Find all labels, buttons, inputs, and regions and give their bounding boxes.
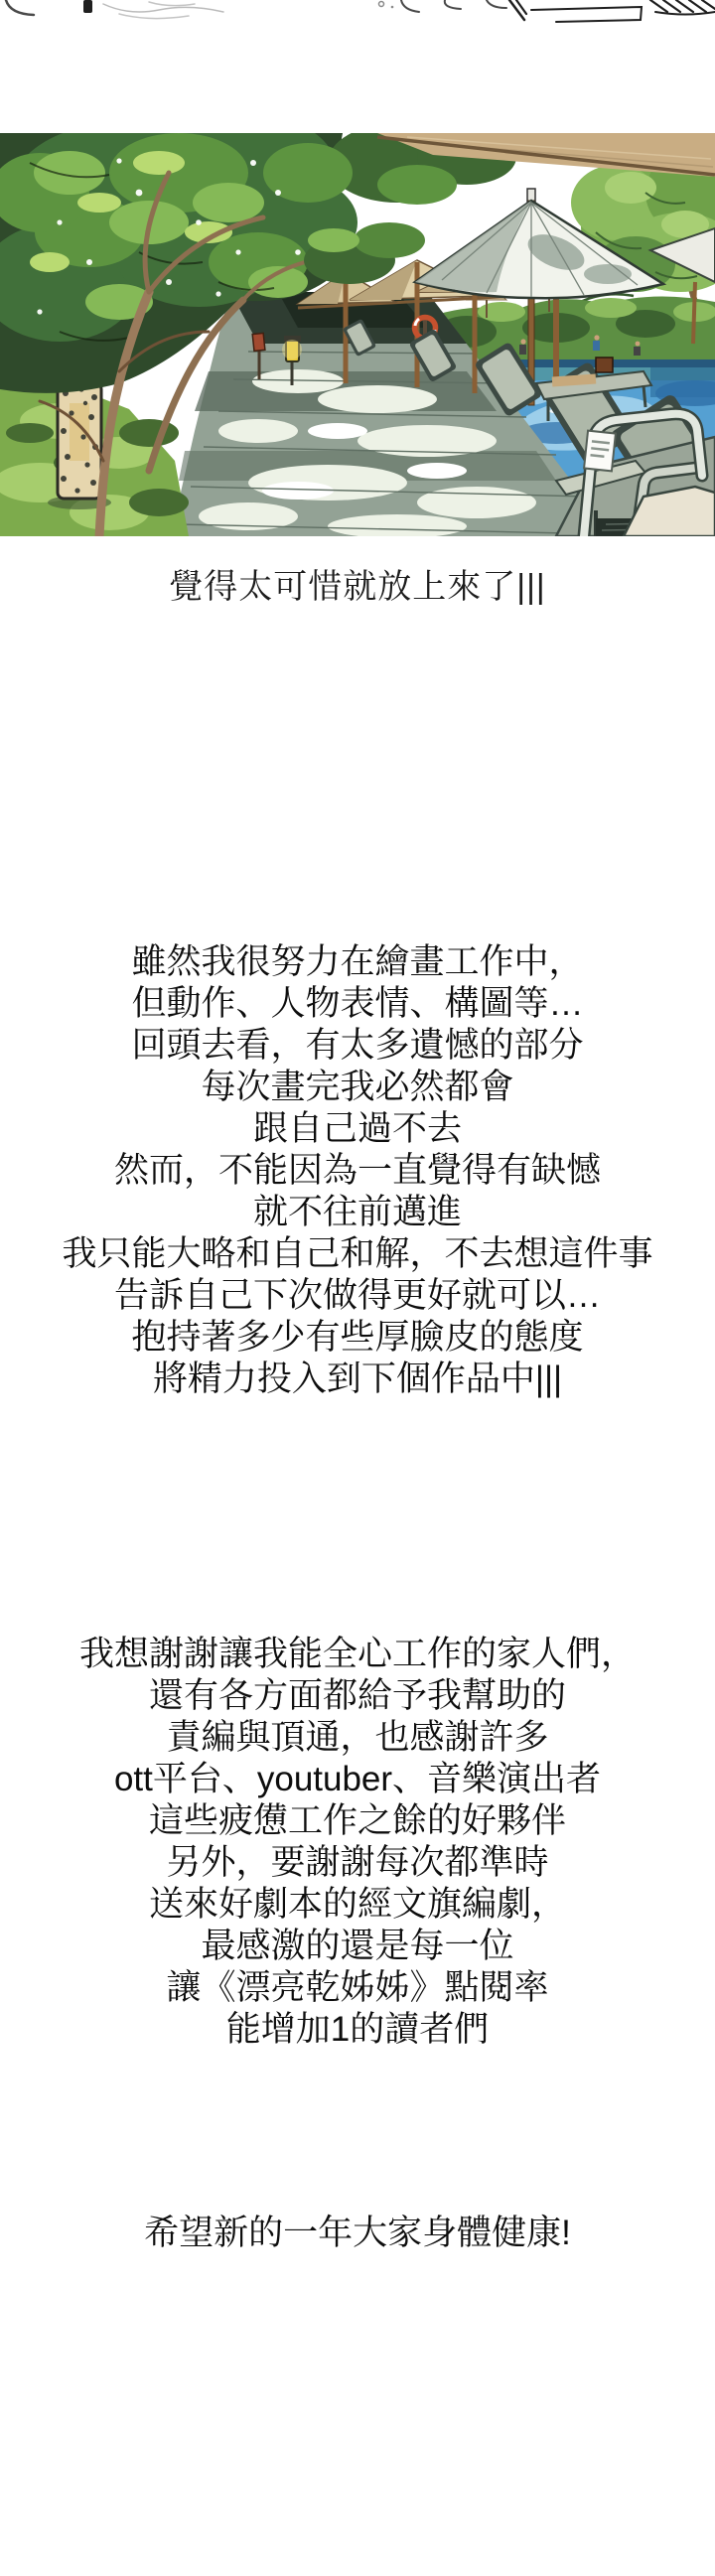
- paragraph-line: 我只能大略和自己和解，不去想這件事: [0, 1233, 715, 1275]
- paragraph-line: 讓《漂亮乾姊姊》點閱率: [0, 1967, 715, 2009]
- paragraph-line: 這些疲憊工作之餘的好夥伴: [0, 1800, 715, 1842]
- paragraph-line: 將精力投入到下個作品中|||: [0, 1359, 715, 1400]
- handrail-sign: [584, 431, 616, 472]
- paragraph-line: 回頭去看，有太多遺憾的部分: [0, 1025, 715, 1067]
- paragraph-line: 能增加1的讀者們: [0, 2009, 715, 2051]
- paragraph-line: 每次畫完我必然都會: [0, 1067, 715, 1108]
- closing-line: 希望新的一年大家身體健康!: [0, 2213, 715, 2254]
- paragraph-line: 送來好劇本的經文旗編劇，: [0, 1884, 715, 1926]
- paragraph-line: 責編與頂通，也感謝許多: [0, 1717, 715, 1759]
- paragraph-line: 跟自己過不去: [0, 1108, 715, 1150]
- afterword-paragraph-2: 我想謝謝讓我能全心工作的家人們， 還有各方面都給予我幫助的 責編與頂通，也感謝許…: [0, 1634, 715, 2051]
- paragraph-line: 最感激的還是每一位: [0, 1926, 715, 1967]
- handwritten-caption: 覺得太可惜就放上來了|||: [0, 565, 715, 609]
- paragraph-line: 另外，要謝謝每次都準時: [0, 1842, 715, 1884]
- paragraph-line: 但動作、人物表情、構圖等…: [0, 983, 715, 1025]
- webtoon-afterword-page: 覺得太可惜就放上來了||| 雖然我很努力在繪畫工作中， 但動作、人物表情、構圖等…: [0, 0, 715, 2576]
- poolside-illustration: [0, 133, 715, 536]
- paragraph-line: ott平台、youtuber、音樂演出者: [0, 1759, 715, 1800]
- previous-panel-sketch-lineart: [0, 0, 715, 48]
- paragraph-line: 雖然我很努力在繪畫工作中，: [0, 941, 715, 983]
- paragraph-line: 抱持著多少有些厚臉皮的態度: [0, 1317, 715, 1359]
- paragraph-line: 我想謝謝讓我能全心工作的家人們，: [0, 1634, 715, 1675]
- afterword-paragraph-1: 雖然我很努力在繪畫工作中， 但動作、人物表情、構圖等… 回頭去看，有太多遺憾的部…: [0, 941, 715, 1400]
- paragraph-line: 就不往前邁進: [0, 1192, 715, 1233]
- paragraph-line: 還有各方面都給予我幫助的: [0, 1675, 715, 1717]
- paragraph-line: 然而，不能因為一直覺得有缺憾: [0, 1150, 715, 1192]
- paragraph-line: 告訴自己下次做得更好就可以…: [0, 1275, 715, 1317]
